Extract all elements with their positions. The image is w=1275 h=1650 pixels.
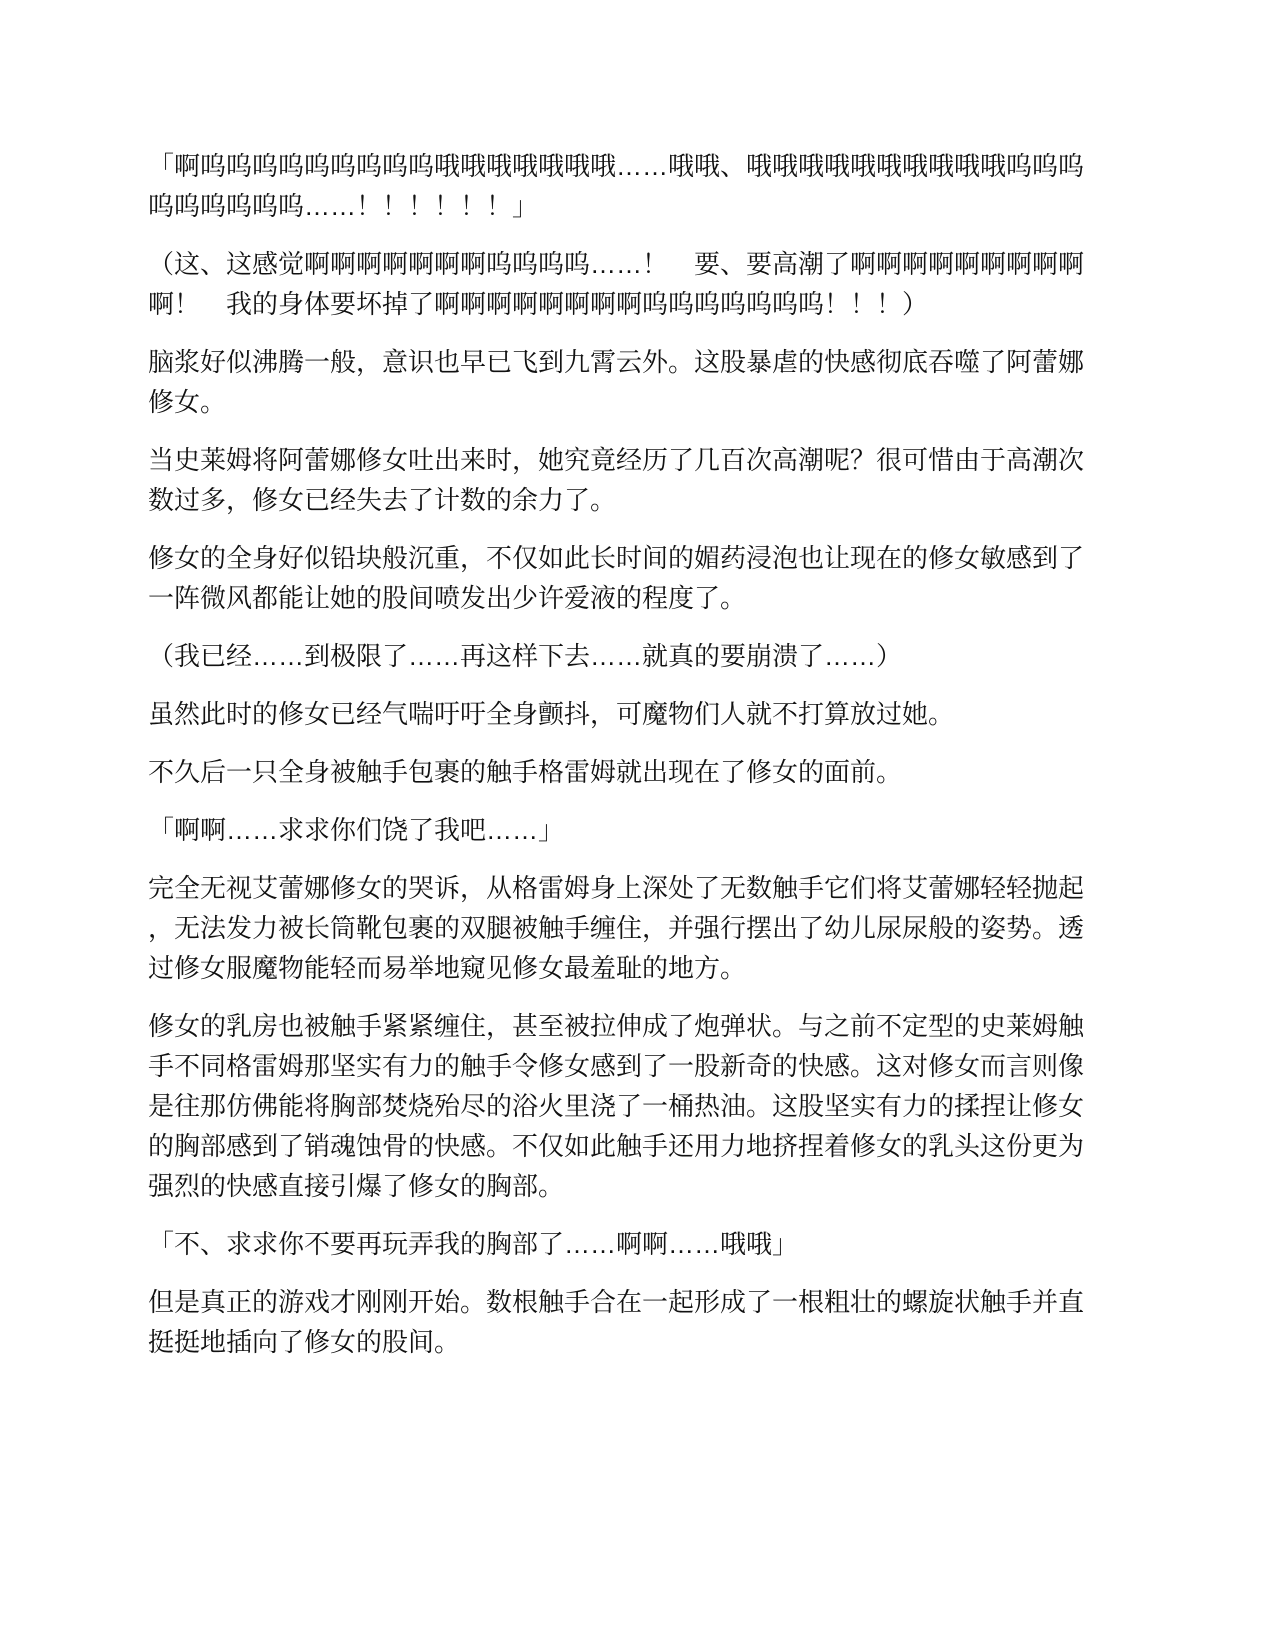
paragraph-4: 当史莱姆将阿蕾娜修女吐出来时，她究竟经历了几百次高潮呢？很可惜由于高潮次数过多，… — [148, 440, 1084, 520]
paragraph-9: 「啊啊……求求你们饶了我吧……」 — [148, 810, 1084, 850]
paragraph-1: 「啊呜呜呜呜呜呜呜呜呜哦哦哦哦哦哦哦……哦哦、哦哦哦哦哦哦哦哦哦哦呜呜呜呜呜呜呜… — [148, 146, 1084, 226]
paragraph-8: 不久后一只全身被触手包裹的触手格雷姆就出现在了修女的面前。 — [148, 752, 1084, 792]
paragraph-10: 完全无视艾蕾娜修女的哭诉，从格雷姆身上深处了无数触手它们将艾蕾娜轻轻抛起，无法发… — [148, 868, 1084, 988]
paragraph-12: 「不、求求你不要再玩弄我的胸部了……啊啊……哦哦」 — [148, 1224, 1084, 1264]
paragraph-7: 虽然此时的修女已经气喘吁吁全身颤抖，可魔物们人就不打算放过她。 — [148, 694, 1084, 734]
paragraph-6: （我已经……到极限了……再这样下去……就真的要崩溃了……） — [148, 636, 1084, 676]
paragraph-5: 修女的全身好似铅块般沉重，不仅如此长时间的媚药浸泡也让现在的修女敏感到了一阵微风… — [148, 538, 1084, 618]
paragraph-11: 修女的乳房也被触手紧紧缠住，甚至被拉伸成了炮弹状。与之前不定型的史莱姆触手不同格… — [148, 1006, 1084, 1206]
paragraph-2: （这、这感觉啊啊啊啊啊啊啊呜呜呜呜……！ 要、要高潮了啊啊啊啊啊啊啊啊啊啊！ 我… — [148, 244, 1084, 324]
paragraph-3: 脑浆好似沸腾一般，意识也早已飞到九霄云外。这股暴虐的快感彻底吞噬了阿蕾娜修女。 — [148, 342, 1084, 422]
paragraph-13: 但是真正的游戏才刚刚开始。数根触手合在一起形成了一根粗壮的螺旋状触手并直挺挺地插… — [148, 1282, 1084, 1362]
document-page: 「啊呜呜呜呜呜呜呜呜呜哦哦哦哦哦哦哦……哦哦、哦哦哦哦哦哦哦哦哦哦呜呜呜呜呜呜呜… — [0, 0, 1275, 1650]
